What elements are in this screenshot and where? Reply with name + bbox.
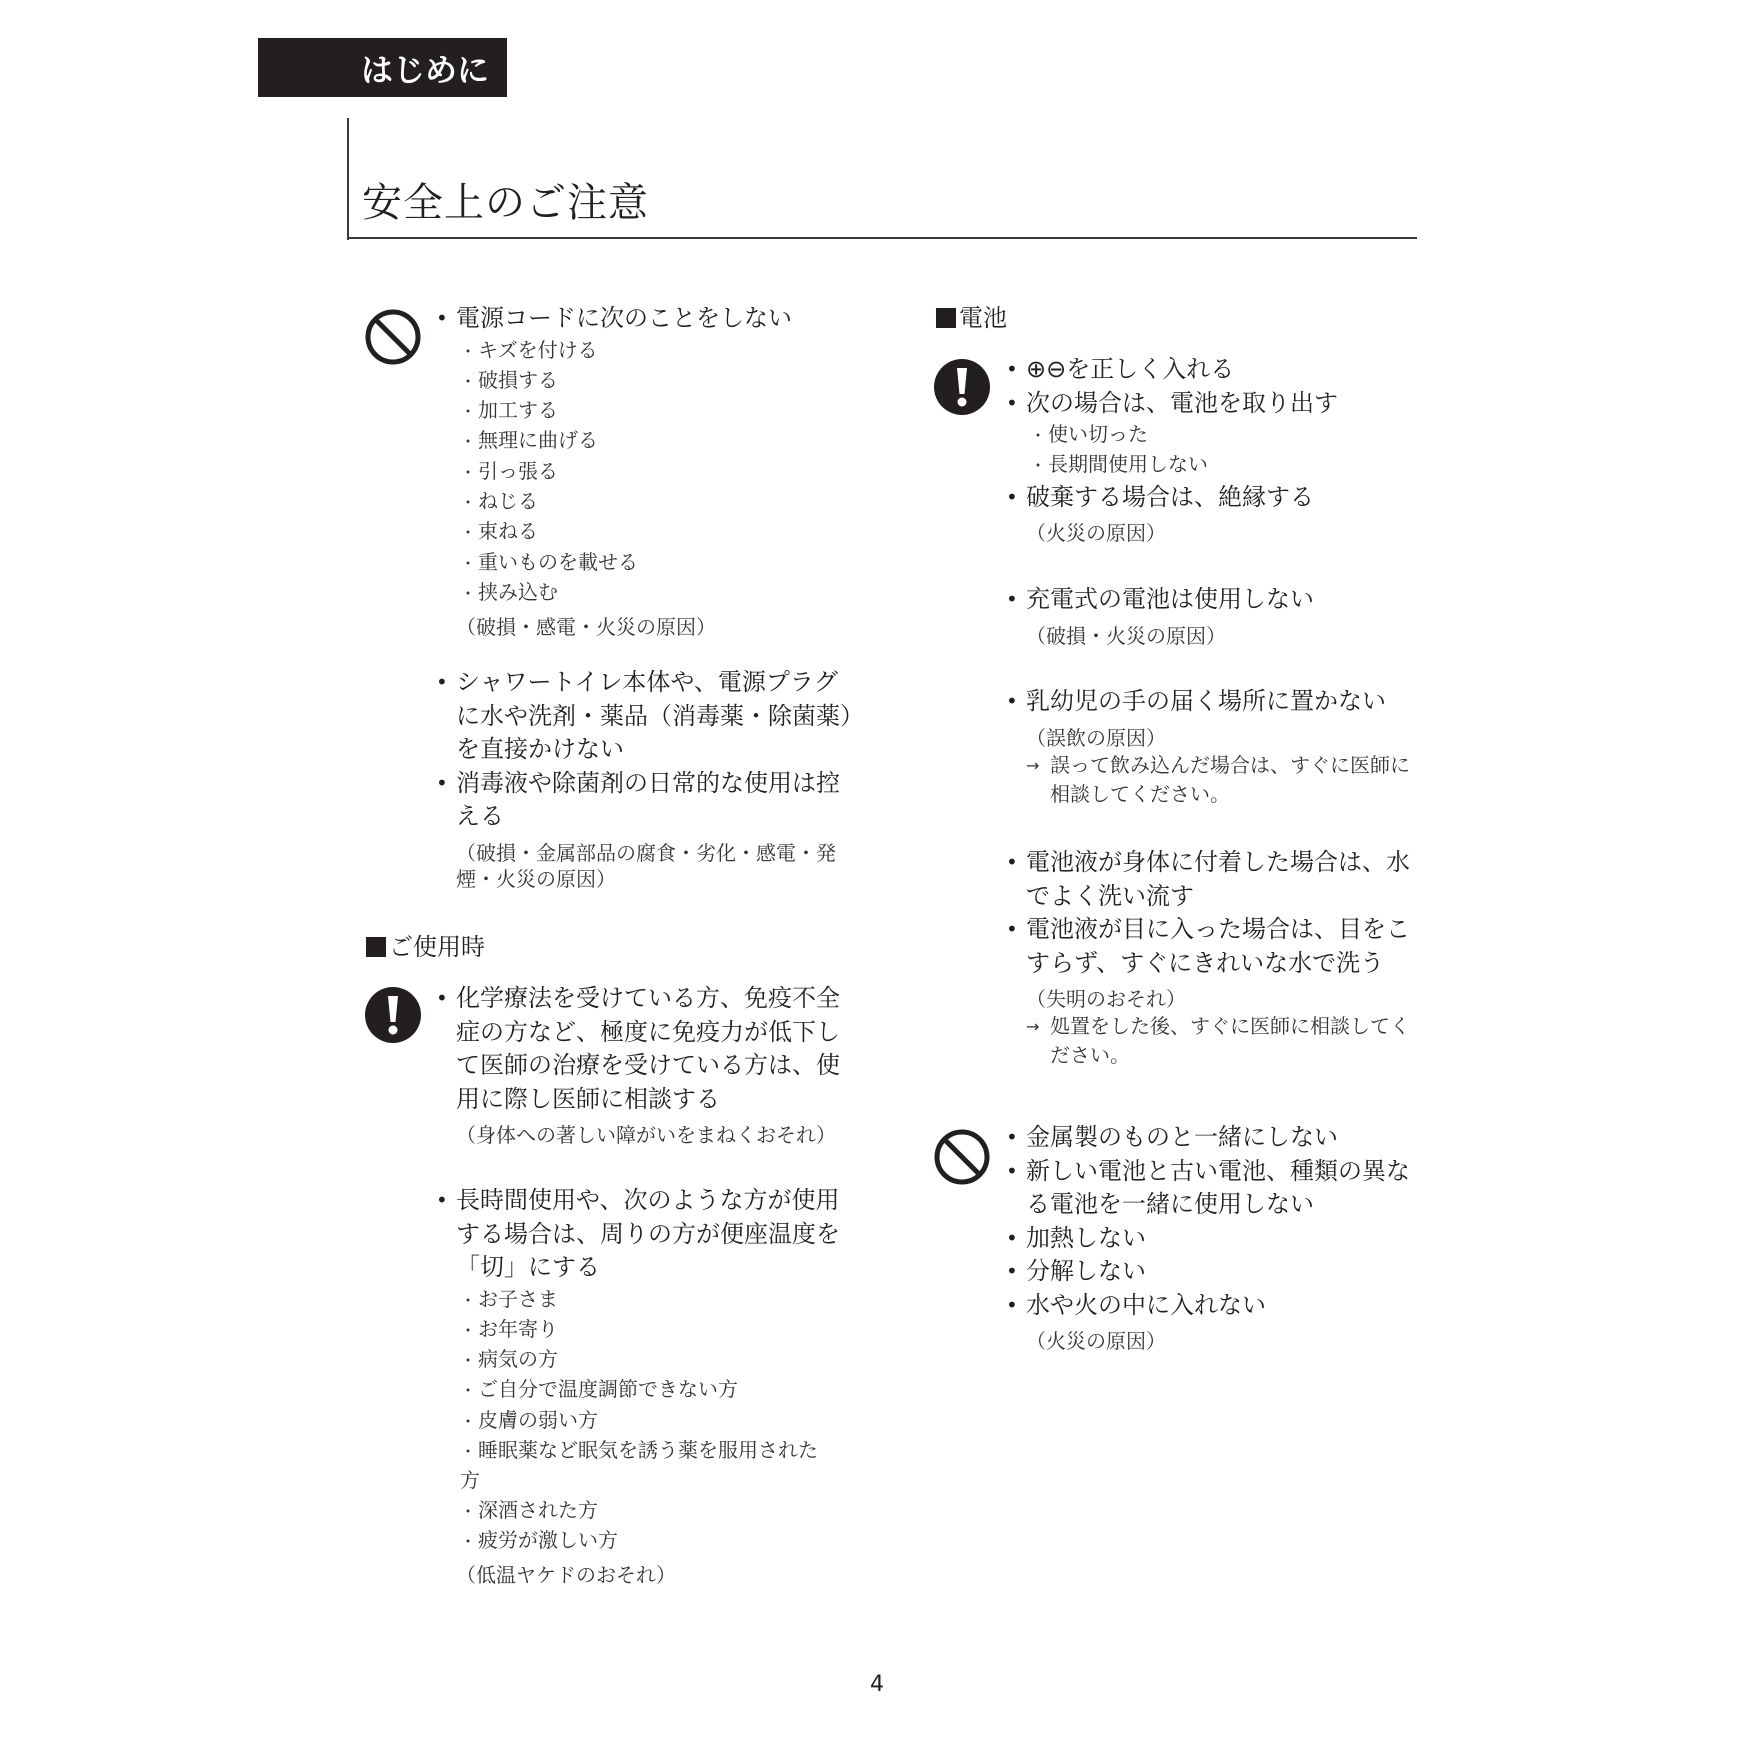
sub-item: 加工する [456, 396, 856, 426]
mandatory-exclamation-icon [933, 358, 991, 416]
caution-item: 電池液が目に入った場合は、目をこすらず、すぐにきれいな水で洗う [1006, 913, 1426, 980]
sub-item: 深酒された方 [456, 1496, 856, 1526]
note-text: 誤って飲み込んだ場合は、すぐに医師に相談してください。 [1026, 751, 1426, 809]
sub-item: 引っ張る [456, 457, 856, 487]
left-block-chemotherapy: 化学療法を受けている方、免疫不全症の方など、極度に免疫力が低下して医師の治療を受… [436, 982, 856, 1148]
caution-item: 電源コードに次のことをしない [436, 302, 856, 336]
caution-item: 乳幼児の手の届く場所に置かない [1006, 685, 1426, 719]
left-block-water: シャワートイレ本体や、電源プラグに水や洗剤・薬品（消毒薬・除菌薬）を直接かけない… [436, 666, 856, 892]
sub-item: 挟み込む [456, 578, 856, 608]
sub-item: 睡眠薬など眠気を誘う薬を服用された方 [456, 1436, 820, 1496]
page-number: 4 [870, 1672, 884, 1697]
square-bullet-icon [936, 308, 956, 328]
sub-item: ご自分で温度調節できない方 [456, 1375, 856, 1405]
chapter-tab: はじめに [258, 38, 507, 97]
mandatory-exclamation-icon [364, 986, 422, 1044]
sub-item: お年寄り [456, 1315, 856, 1345]
cause-text: （低温ヤケドのおそれ） [456, 1562, 856, 1588]
sub-item: キズを付ける [456, 336, 856, 366]
sub-item: 無理に曲げる [456, 426, 856, 456]
cause-text: （誤飲の原因） [1026, 725, 1426, 751]
cause-text: （火災の原因） [1026, 520, 1426, 546]
prohibition-icon [364, 308, 422, 366]
note-text: 処置をした後、すぐに医師に相談してください。 [1026, 1012, 1426, 1070]
right-block-rechargeable: 充電式の電池は使用しない （破損・火災の原因） [1006, 583, 1426, 649]
cause-text: （失明のおそれ） [1026, 986, 1426, 1012]
cause-text: （破損・感電・火災の原因） [456, 614, 856, 640]
caution-item: 消毒液や除菌剤の日常的な使用は控える [436, 767, 856, 834]
caution-item: 加熱しない [1006, 1222, 1426, 1256]
section-heading-battery: 電池 [936, 303, 1007, 333]
square-bullet-icon [366, 937, 386, 957]
right-block-battery-fluid: 電池液が身体に付着した場合は、水でよく洗い流す 電池液が目に入った場合は、目をこ… [1006, 846, 1426, 1070]
cause-text: （破損・火災の原因） [1026, 623, 1426, 649]
caution-item: 化学療法を受けている方、免疫不全症の方など、極度に免疫力が低下して医師の治療を受… [436, 982, 856, 1116]
caution-item: 金属製のものと一緒にしない [1006, 1121, 1426, 1155]
sub-item: ねじる [456, 487, 856, 517]
left-block-long-use: 長時間使用や、次のような方が使用する場合は、周りの方が便座温度を「切」にする お… [436, 1184, 856, 1588]
sub-item: お子さま [456, 1285, 856, 1315]
caution-item: 充電式の電池は使用しない [1006, 583, 1426, 617]
left-block-power-cord: 電源コードに次のことをしない キズを付ける 破損する 加工する 無理に曲げる 引… [436, 302, 856, 640]
right-block-battery-prohibitions: 金属製のものと一緒にしない 新しい電池と古い電池、種類の異なる電池を一緒に使用し… [1006, 1121, 1426, 1354]
right-block-infants: 乳幼児の手の届く場所に置かない （誤飲の原因） 誤って飲み込んだ場合は、すぐに医… [1006, 685, 1426, 809]
sub-item: 使い切った [1026, 420, 1426, 450]
chapter-tab-label: はじめに [361, 45, 489, 91]
title-horizontal-rule [347, 237, 1417, 239]
cause-text: （火災の原因） [1026, 1328, 1426, 1354]
sub-item: 重いものを載せる [456, 548, 856, 578]
sub-item: 病気の方 [456, 1345, 856, 1375]
cause-text: （身体への著しい障がいをまねくおそれ） [456, 1122, 856, 1148]
caution-item: 分解しない [1006, 1255, 1426, 1289]
caution-item: 新しい電池と古い電池、種類の異なる電池を一緒に使用しない [1006, 1155, 1426, 1222]
caution-item: シャワートイレ本体や、電源プラグに水や洗剤・薬品（消毒薬・除菌薬）を直接かけない [436, 666, 856, 767]
right-block-battery-handling: ⊕⊖を正しく入れる 次の場合は、電池を取り出す 使い切った 長期間使用しない 破… [1006, 353, 1426, 546]
sub-item: 破損する [456, 366, 856, 396]
caution-item: ⊕⊖を正しく入れる [1006, 353, 1426, 387]
title-vertical-rule [347, 118, 349, 240]
caution-item: 破棄する場合は、絶縁する [1006, 481, 1426, 515]
sub-item: 長期間使用しない [1026, 450, 1426, 480]
page-title: 安全上のご注意 [362, 178, 649, 228]
caution-item: 水や火の中に入れない [1006, 1289, 1426, 1323]
cause-text: （破損・金属部品の腐食・劣化・感電・発煙・火災の原因） [456, 840, 856, 892]
caution-item: 次の場合は、電池を取り出す [1006, 387, 1426, 421]
caution-item: 電池液が身体に付着した場合は、水でよく洗い流す [1006, 846, 1426, 913]
caution-item: 長時間使用や、次のような方が使用する場合は、周りの方が便座温度を「切」にする [436, 1184, 856, 1285]
section-heading-usage: ご使用時 [366, 932, 485, 962]
sub-item: 束ねる [456, 517, 856, 547]
sub-item: 皮膚の弱い方 [456, 1406, 856, 1436]
sub-item: 疲労が激しい方 [456, 1526, 856, 1556]
prohibition-icon [933, 1128, 991, 1186]
